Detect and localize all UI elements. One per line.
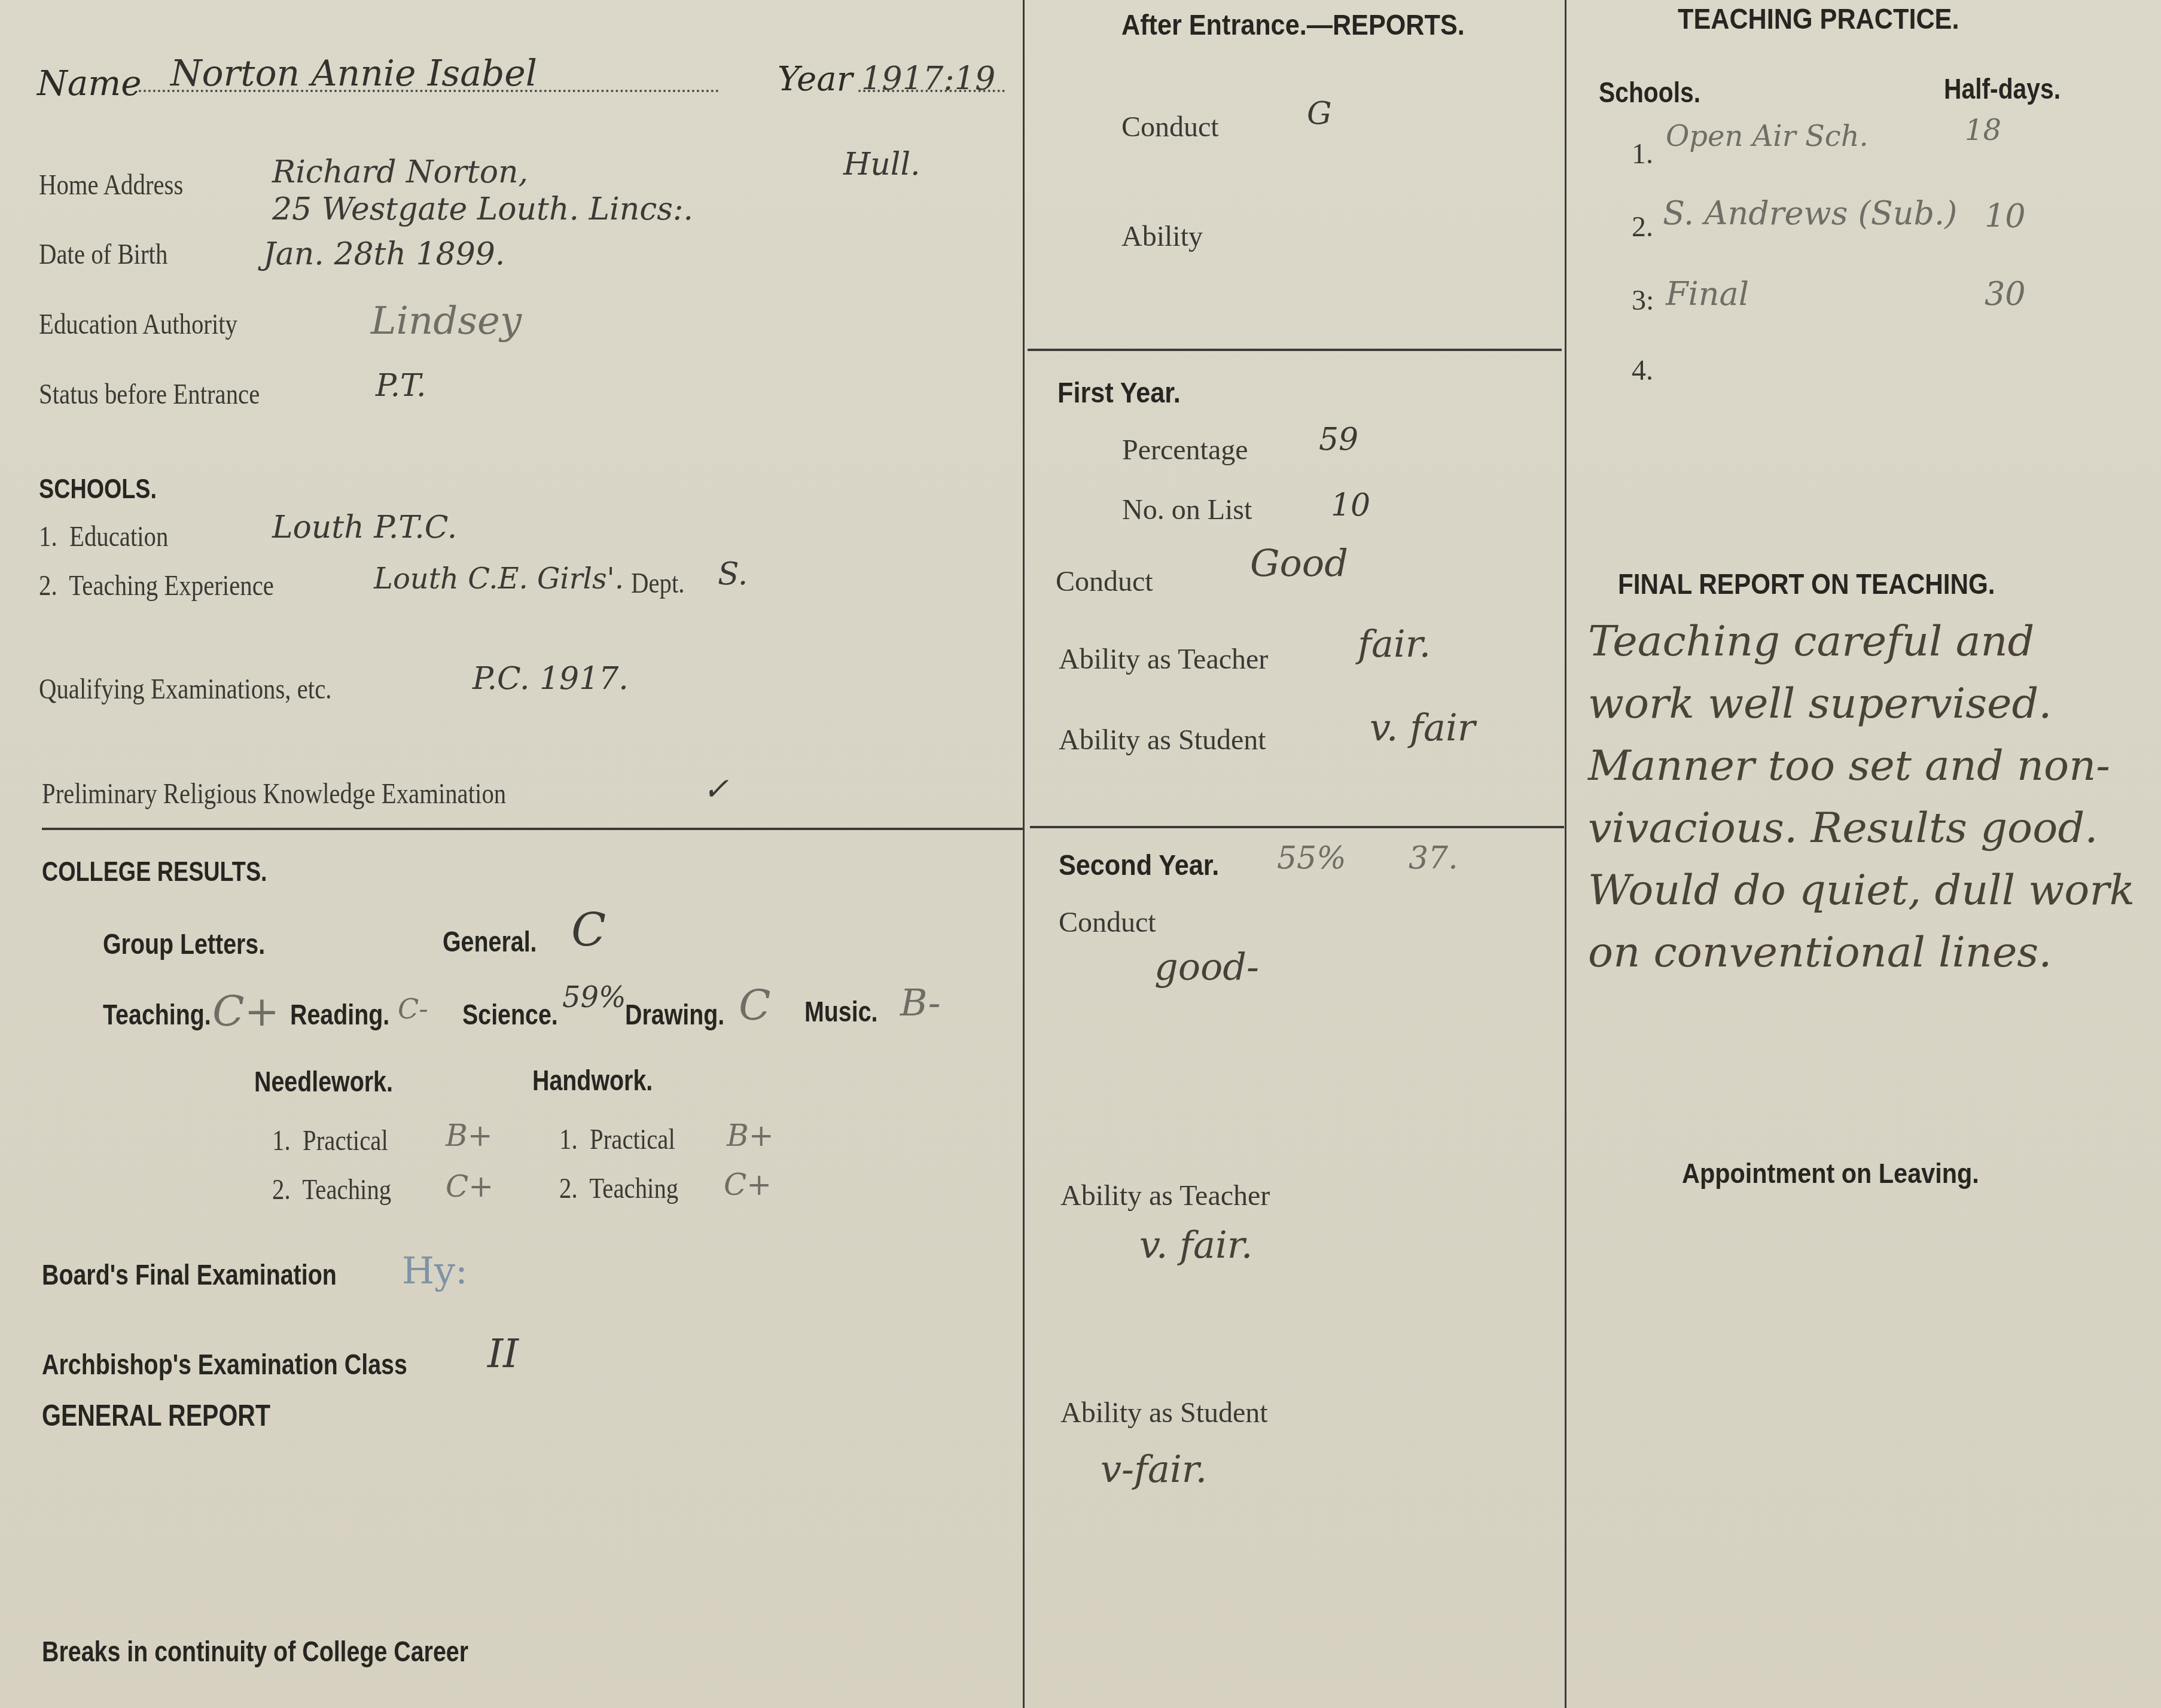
home-address-label: Home Address xyxy=(39,169,183,202)
needlework-practical-label: 1. Practical xyxy=(272,1124,388,1157)
needlework-teaching-number: 2. xyxy=(272,1174,291,1206)
subject-music-value: B- xyxy=(900,981,941,1024)
divider-right xyxy=(1565,0,1566,1708)
school-2-dept-label: Dept. xyxy=(631,567,685,600)
subject-reading-label: Reading. xyxy=(290,999,389,1032)
needlework-heading: Needlework. xyxy=(254,1066,393,1099)
handwork-practical-text: Practical xyxy=(590,1124,675,1155)
first-year-student-value: v. fair xyxy=(1370,706,1475,749)
subject-teaching-label: Teaching. xyxy=(103,999,211,1032)
subject-reading-value: C- xyxy=(398,993,428,1025)
name-label: Name xyxy=(37,63,142,103)
year-value: 1917:19 xyxy=(861,60,995,97)
school-1-value: Louth P.T.C. xyxy=(272,510,457,545)
after-entrance-conduct-label: Conduct xyxy=(1121,111,1219,144)
divider-mid-first-year xyxy=(1028,349,1562,351)
halfdays-column-header: Half-days. xyxy=(1944,73,2061,106)
school-2-dept-value: S. xyxy=(718,556,748,592)
handwork-teaching-label: 2. Teaching xyxy=(559,1172,678,1205)
second-year-student-value: v-fair. xyxy=(1101,1447,1207,1491)
handwork-heading: Handwork. xyxy=(532,1065,653,1097)
education-authority-value: Lindsey xyxy=(371,299,522,343)
status-value: P.T. xyxy=(376,368,426,404)
school-1-type: Education xyxy=(69,521,168,553)
boards-final-label: Board's Final Examination xyxy=(42,1259,337,1292)
second-year-conduct-value: good- xyxy=(1154,945,1259,989)
general-report-heading: GENERAL REPORT xyxy=(42,1398,270,1433)
first-year-teacher-value: fair. xyxy=(1358,622,1431,666)
practice-3-halfdays: 30 xyxy=(1985,275,2026,313)
name-row: Name xyxy=(37,63,142,103)
subject-science-value: 59% xyxy=(562,981,626,1014)
first-year-teacher-label: Ability as Teacher xyxy=(1059,643,1268,676)
practice-1-halfdays: 18 xyxy=(1965,114,2001,147)
breaks-label: Breaks in continuity of College Career xyxy=(42,1636,468,1669)
subject-science-label: Science. xyxy=(462,999,558,1032)
after-entrance-ability-label: Ability xyxy=(1121,220,1203,253)
archbishop-label: Archbishop's Examination Class xyxy=(42,1349,407,1381)
first-year-list-label: No. on List xyxy=(1122,493,1252,526)
practice-1-school: Open Air Sch. xyxy=(1666,120,1869,153)
first-year-student-label: Ability as Student xyxy=(1059,724,1266,757)
subject-music-label: Music. xyxy=(804,996,877,1029)
first-year-conduct-value: Good xyxy=(1250,541,1348,585)
needlework-teaching-value: C+ xyxy=(446,1169,493,1204)
practice-4-number: 4. xyxy=(1632,354,1653,387)
handwork-practical-label: 1. Practical xyxy=(559,1123,675,1156)
needlework-practical-text: Practical xyxy=(303,1125,388,1157)
home-address-line1: Richard Norton, xyxy=(272,154,528,190)
final-report-heading: FINAL REPORT ON TEACHING. xyxy=(1618,568,1995,601)
needlework-teaching-text: Teaching xyxy=(302,1174,391,1206)
second-year-teacher-label: Ability as Teacher xyxy=(1060,1179,1270,1212)
home-address-line2: 25 Westgate Louth. Lincs:. xyxy=(272,191,693,227)
general-label: General. xyxy=(443,926,537,959)
practice-1-number: 1. xyxy=(1632,138,1653,170)
subject-drawing-value: C xyxy=(739,981,771,1030)
dob-value: Jan. 28th 1899. xyxy=(263,236,505,272)
reports-heading: After Entrance.—REPORTS. xyxy=(1121,9,1465,42)
first-year-percentage-value: 59 xyxy=(1319,422,1358,457)
boards-final-value: Hy: xyxy=(402,1249,468,1292)
school-1-number: 1. xyxy=(39,521,57,553)
second-year-list-value: 37. xyxy=(1409,840,1458,876)
final-report-text: Teaching careful and work well supervise… xyxy=(1588,610,2144,983)
religious-label: Preliminary Religious Knowledge Examinat… xyxy=(42,777,506,810)
divider-mid-second-year xyxy=(1030,826,1564,828)
first-year-heading: First Year. xyxy=(1057,377,1181,410)
status-label: Status before Entrance xyxy=(39,378,260,411)
home-address-extra: Hull. xyxy=(843,147,921,182)
qualifying-value: P.C. 1917. xyxy=(473,661,629,697)
schools-heading: SCHOOLS. xyxy=(39,472,157,505)
year-label: Year xyxy=(778,60,852,99)
first-year-conduct-label: Conduct xyxy=(1056,565,1153,598)
handwork-teaching-value: C+ xyxy=(724,1167,772,1202)
second-year-student-label: Ability as Student xyxy=(1060,1396,1268,1429)
group-letters-label: Group Letters. xyxy=(103,928,265,961)
school-2-type: Teaching Experience xyxy=(69,570,274,602)
archbishop-value: II xyxy=(487,1331,519,1377)
appointment-heading: Appointment on Leaving. xyxy=(1682,1157,1979,1189)
first-year-list-value: 10 xyxy=(1331,487,1370,523)
education-authority-label: Education Authority xyxy=(39,308,237,341)
needlework-practical-value: B+ xyxy=(446,1118,493,1153)
first-year-percentage-label: Percentage xyxy=(1122,434,1248,466)
school-2-label: 2. Teaching Experience xyxy=(39,569,274,602)
dob-label: Date of Birth xyxy=(39,238,167,271)
handwork-teaching-number: 2. xyxy=(559,1173,578,1204)
handwork-practical-number: 1. xyxy=(559,1124,578,1155)
practice-2-halfdays: 10 xyxy=(1985,197,2026,235)
second-year-percentage-value: 55% xyxy=(1277,840,1346,876)
handwork-teaching-text: Teaching xyxy=(589,1173,678,1204)
needlework-teaching-label: 2. Teaching xyxy=(272,1173,391,1206)
teaching-practice-heading: TEACHING PRACTICE. xyxy=(1678,3,1959,36)
school-2-value: Louth C.E. Girls'. xyxy=(374,562,624,596)
general-value: C xyxy=(571,903,606,956)
schools-column-header: Schools. xyxy=(1599,77,1700,109)
divider-left xyxy=(1023,0,1025,1708)
religious-check: ✓ xyxy=(703,771,729,807)
college-results-heading: COLLEGE RESULTS. xyxy=(42,855,267,887)
practice-2-school: S. Andrews (Sub.) xyxy=(1663,194,1957,232)
qualifying-label: Qualifying Examinations, etc. xyxy=(39,673,331,706)
divider-left-college xyxy=(42,828,1023,830)
subject-drawing-label: Drawing. xyxy=(625,999,724,1032)
practice-3-school: Final xyxy=(1666,275,1749,313)
second-year-heading: Second Year. xyxy=(1059,849,1219,882)
needlework-practical-number: 1. xyxy=(272,1125,291,1157)
school-2-number: 2. xyxy=(39,570,57,602)
second-year-teacher-value: v. fair. xyxy=(1139,1223,1252,1267)
name-value: Norton Annie Isabel xyxy=(170,53,537,94)
handwork-practical-value: B+ xyxy=(727,1118,774,1153)
subject-teaching-value: C+ xyxy=(212,987,279,1036)
student-record-card: Name Norton Annie Isabel Year 1917:19 Ho… xyxy=(0,0,2161,1708)
school-1-label: 1. Education xyxy=(39,520,168,553)
practice-2-number: 2. xyxy=(1632,211,1653,243)
second-year-conduct-label: Conduct xyxy=(1059,906,1156,939)
after-entrance-conduct-value: G xyxy=(1307,96,1332,132)
practice-3-number: 3: xyxy=(1632,284,1654,317)
